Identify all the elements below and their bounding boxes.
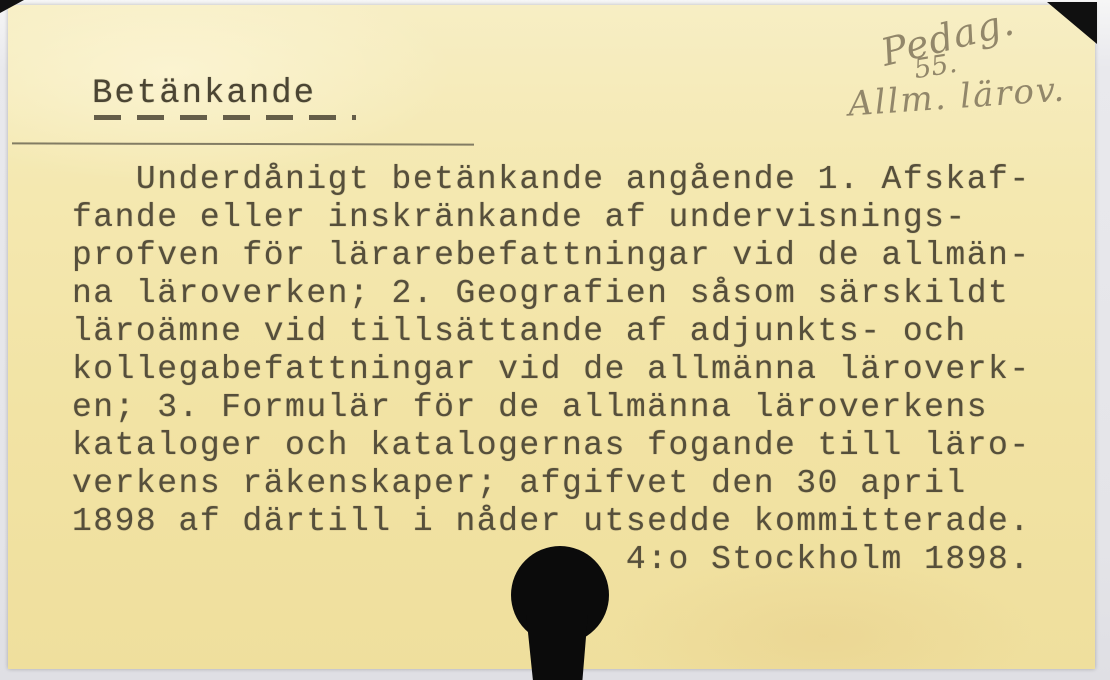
catalog-card: Betänkande Pedag. 55. Allm. lärov. Under… xyxy=(8,5,1095,669)
body-line: en; 3. Formulär för de allmänna läroverk… xyxy=(72,389,1082,427)
corner-mark-top-left-icon xyxy=(0,0,24,13)
punch-hole-stem xyxy=(522,615,592,680)
body-line: fande eller inskränkande af undervisning… xyxy=(72,199,1082,237)
body-line: 1898 af därtill i nåder utsedde kommitte… xyxy=(72,503,1082,541)
corner-fold-top-right-icon xyxy=(1047,2,1097,44)
heading-dashed-underline xyxy=(94,115,356,120)
scan-background: Betänkande Pedag. 55. Allm. lärov. Under… xyxy=(0,0,1110,680)
body-line: profven för lärarebefattningar vid de al… xyxy=(72,237,1082,275)
body-line: na läroverken; 2. Geografien såsom särsk… xyxy=(72,275,1082,313)
body-line: Underdånigt betänkande angående 1. Afska… xyxy=(72,161,1082,199)
body-line: kollegabefattningar vid de allmänna läro… xyxy=(72,351,1082,389)
typewritten-body: Underdånigt betänkande angående 1. Afska… xyxy=(72,161,1082,579)
body-line: läroämne vid tillsättande af adjunkts- o… xyxy=(72,313,1082,351)
body-line: kataloger och katalogernas fogande till … xyxy=(72,427,1082,465)
card-heading: Betänkande xyxy=(92,75,316,113)
body-line: verkens räkenskaper; afgifvet den 30 apr… xyxy=(72,465,1082,503)
horizontal-rule xyxy=(12,142,474,145)
handwritten-category: Allm. lärov. xyxy=(847,69,1067,124)
